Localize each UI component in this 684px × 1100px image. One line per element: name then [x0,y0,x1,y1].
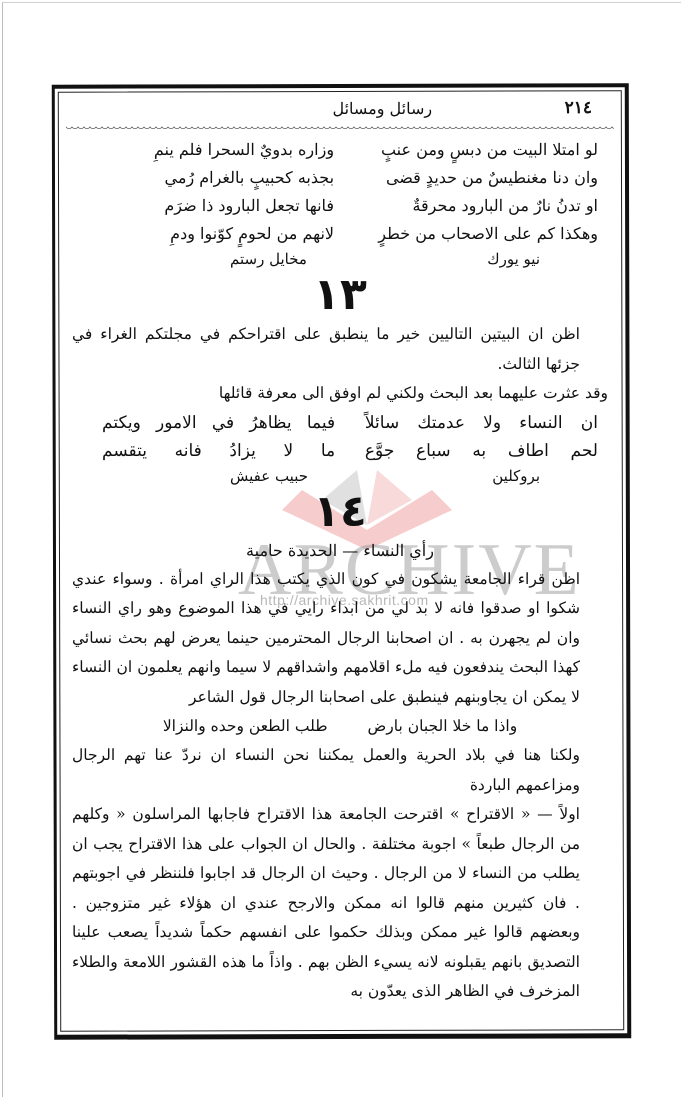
hemistich-first: وان دنا مغنطيسٌ من حديدٍ قضى [364,164,598,192]
poem-1: لو امتلا البيت من دبسٍ ومن عنبٍ وزاره بد… [70,136,610,270]
paragraph-text: ولكنا هنا في بلاد الحرية والعمل يمكننا ن… [72,741,608,800]
hemistich-first: ان النساء ولا عدمتك سائلاً [365,409,598,437]
page-header: ٢١٤ رسائل ومسائل [70,90,610,126]
hemistich-second: طلب الطعن وحده والنزالا [163,712,328,741]
body-paragraph: اولاً — « الاقتراح » اقترحت الجامعة هذا … [70,800,610,1007]
signature-author: حبيب عفيش [230,465,308,487]
running-title: رسائل ومسائل [200,99,565,118]
section-14: ١٤ رأي النساء — الحديدة حامية اظن قراء ا… [70,487,610,1007]
page-content: ٢١٤ رسائل ومسائل لو امتلا البيت من دبسٍ … [70,90,610,1007]
hemistich-second: بجذبه كحبيبٍ بالغرام رُمي [100,164,334,192]
signature-location: بروكلين [492,465,540,487]
verse: او تدنُ نارٌ من البارود محرقةٌ فانها تجع… [70,192,610,220]
hemistich-second: ما لا يزادُ فانه يتقسم [102,437,335,465]
section-title: رأي النساء — الحديدة حامية [70,537,610,565]
hemistich-first: او تدنُ نارٌ من البارود محرقةٌ [364,192,598,220]
section-number: ١٣ [70,270,610,320]
signature-location: نيو يورك [487,248,540,270]
hemistich-first: لو امتلا البيت من دبسٍ ومن عنبٍ [364,136,598,164]
signature-author: مخايل رستم [230,248,307,270]
body-paragraph: ولكنا هنا في بلاد الحرية والعمل يمكننا ن… [70,741,610,800]
hemistich-second: لانهم من لحومٍ كوّنوا ودمِ [100,220,334,248]
wavy-divider [66,126,614,132]
verse: ان النساء ولا عدمتك سائلاً فيما يظاهرُ ف… [70,409,610,437]
section-number: ١٤ [70,487,610,537]
quoted-verse: واذا ما خلا الجبان بارض طلب الطعن وحده و… [70,712,610,741]
verse: وهكذا كم على الاصحاب من خطرٍ لانهم من لح… [70,220,610,248]
intro-line: اظن ان البيتين التاليين خير ما ينطبق على… [72,320,608,379]
verse: لو امتلا البيت من دبسٍ ومن عنبٍ وزاره بد… [70,136,610,164]
hemistich-first: واذا ما خلا الجبان بارض [368,712,518,741]
intro-line: وقد عثرت عليهما بعد البحث ولكني لم اوفق … [72,379,608,409]
hemistich-second: فيما يظاهرُ في الامور ويكتم [102,409,335,437]
hemistich-first: لحم اطاف به سباع جوَّع [365,437,598,465]
signature: بروكلين حبيب عفيش [70,465,610,487]
page-number: ٢١٤ [565,98,592,118]
body-paragraph: اظن قراء الجامعة يشكون في كون الذي يكتب … [70,565,610,713]
paragraph-text: اولاً — « الاقتراح » اقترحت الجامعة هذا … [72,800,608,1007]
signature: نيو يورك مخايل رستم [70,248,610,270]
intro-paragraph: اظن ان البيتين التاليين خير ما ينطبق على… [70,320,610,409]
section-13: ١٣ اظن ان البيتين التاليين خير ما ينطبق … [70,270,610,487]
hemistich-second: فانها تجعل البارود ذا ضرَم [100,192,334,220]
verse: وان دنا مغنطيسٌ من حديدٍ قضى بجذبه كحبيب… [70,164,610,192]
verse: لحم اطاف به سباع جوَّع ما لا يزادُ فانه … [70,437,610,465]
hemistich-second: وزاره بدويٌ السحرا فلم ينمِ [100,136,334,164]
paragraph-text: اظن قراء الجامعة يشكون في كون الذي يكتب … [72,565,608,713]
hemistich-first: وهكذا كم على الاصحاب من خطرٍ [364,220,598,248]
